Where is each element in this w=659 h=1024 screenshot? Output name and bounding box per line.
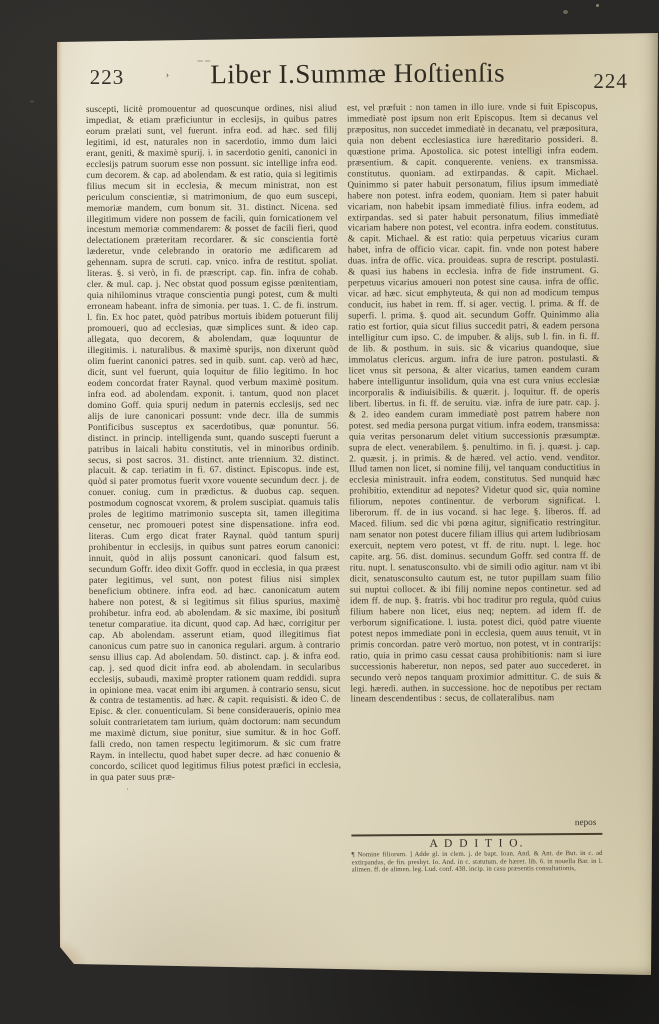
right-text-column: est, vel præfuit : non tamen in illo iur…: [347, 101, 602, 819]
right-column-wrap: est, vel præfuit : non tamen in illo iur…: [347, 101, 603, 897]
margin-speck: ’: [117, 742, 120, 752]
margin-speck: ·: [126, 784, 129, 794]
dust-speck: [563, 10, 568, 14]
photo-of-book-page: { "header": { "left_page_number": "223",…: [0, 0, 659, 1024]
additio-heading: A D D I T I O.: [351, 837, 602, 851]
dust-speck: [596, 4, 599, 7]
folded-corner-shade: [56, 938, 90, 972]
page-number-right: 224: [593, 69, 628, 94]
running-header: – – › 223 Liber I.Summæ Hoſtienſis 224: [80, 53, 636, 100]
dust-speck: [30, 100, 34, 103]
page-number-left: 223: [90, 65, 125, 90]
stray-mark: ›: [166, 70, 169, 81]
text-columns: suscepti, licitè promouentur ad quoscunq…: [86, 101, 603, 898]
footnote-margin-letter: c: [336, 602, 340, 612]
book-page: – – › 223 Liber I.Summæ Hoſtienſis 224 s…: [56, 30, 658, 976]
additio-rule: [351, 833, 602, 837]
running-title: Liber I.Summæ Hoſtienſis: [80, 53, 636, 91]
left-text-column: suscepti, licitè promouentur ad quoscunq…: [86, 103, 342, 899]
catchword: nepos: [351, 817, 602, 830]
stray-mark: – –: [198, 55, 211, 66]
additio-note-text: ¶ Nomine filiorum. ] Adde gl. in clem. j…: [351, 850, 602, 874]
page-content: – – › 223 Liber I.Summæ Hoſtienſis 224 s…: [56, 53, 659, 899]
